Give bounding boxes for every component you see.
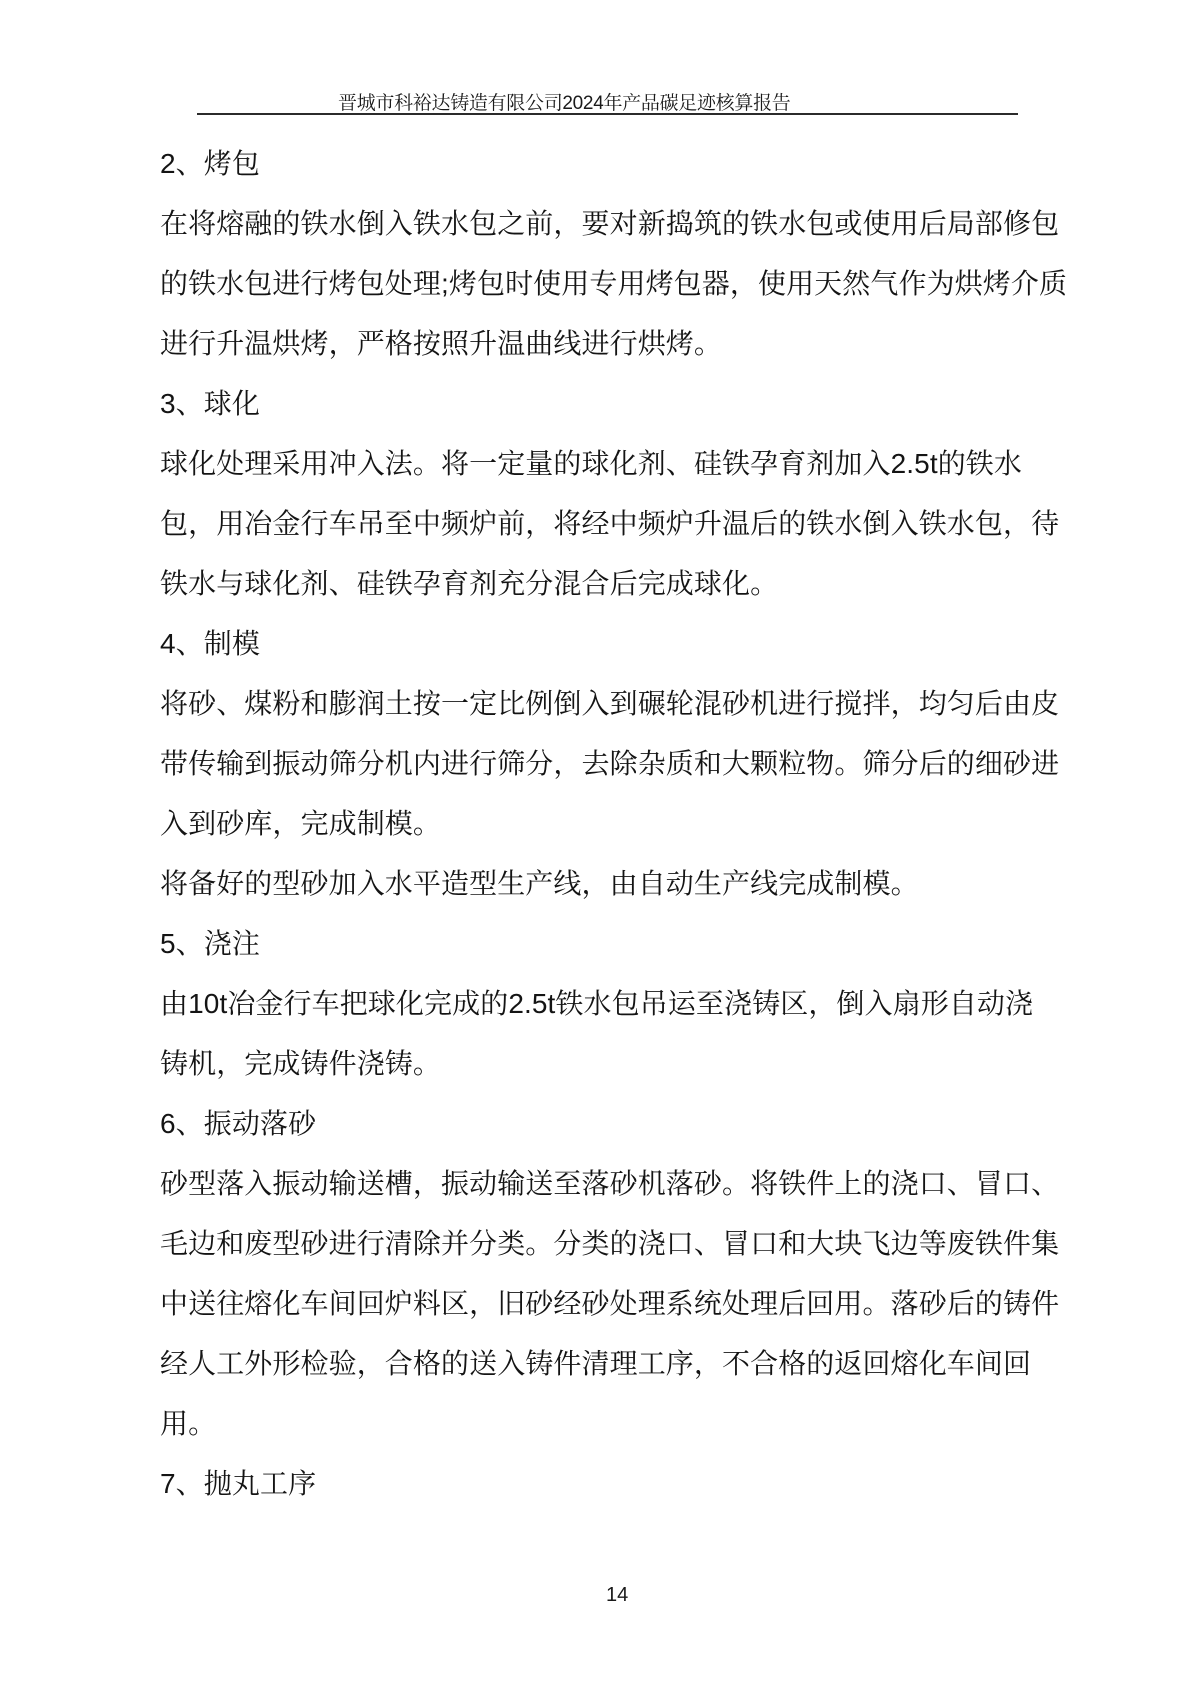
paragraph-line: 包，用冶金行车吊至中频炉前，将经中频炉升温后的铁水倒入铁水包，待	[160, 494, 1070, 554]
paragraph-line: 铁水与球化剂、硅铁孕育剂充分混合后完成球化。	[160, 554, 1070, 614]
section-heading: 2、烤包	[160, 134, 1070, 194]
paragraph-line: 毛边和废型砂进行清除并分类。分类的浇口、冒口和大块飞边等废铁件集	[160, 1214, 1070, 1274]
section-heading: 4、制模	[160, 614, 1070, 674]
paragraph-line: 进行升温烘烤，严格按照升温曲线进行烘烤。	[160, 314, 1070, 374]
paragraph-line: 铸机，完成铸件浇铸。	[160, 1034, 1070, 1094]
section-heading: 6、振动落砂	[160, 1094, 1070, 1154]
document-page: 晋城市科裕达铸造有限公司2024年产品碳足迹核算报告 2、烤包 在将熔融的铁水倒…	[0, 0, 1190, 1683]
header-rule	[197, 113, 1018, 115]
document-body: 2、烤包 在将熔融的铁水倒入铁水包之前，要对新捣筑的铁水包或使用后局部修包 的铁…	[160, 134, 1070, 1514]
paragraph-line: 经人工外形检验，合格的送入铸件清理工序，不合格的返回熔化车间回	[160, 1334, 1070, 1394]
paragraph-line: 中送往熔化车间回炉料区，旧砂经砂处理系统处理后回用。落砂后的铸件	[160, 1274, 1070, 1334]
paragraph-line: 将备好的型砂加入水平造型生产线，由自动生产线完成制模。	[160, 854, 1070, 914]
paragraph-line: 入到砂库，完成制模。	[160, 794, 1070, 854]
page-number: 14	[606, 1584, 628, 1607]
section-heading: 5、浇注	[160, 914, 1070, 974]
paragraph-line: 球化处理采用冲入法。将一定量的球化剂、硅铁孕育剂加入2.5t的铁水	[160, 434, 1070, 494]
paragraph-line: 带传输到振动筛分机内进行筛分，去除杂质和大颗粒物。筛分后的细砂进	[160, 734, 1070, 794]
paragraph-line: 在将熔融的铁水倒入铁水包之前，要对新捣筑的铁水包或使用后局部修包	[160, 194, 1070, 254]
paragraph-line: 用。	[160, 1394, 1070, 1454]
paragraph-line: 将砂、煤粉和膨润土按一定比例倒入到碾轮混砂机进行搅拌，均匀后由皮	[160, 674, 1070, 734]
section-heading: 3、球化	[160, 374, 1070, 434]
paragraph-line: 的铁水包进行烤包处理;烤包时使用专用烤包器，使用天然气作为烘烤介质	[160, 254, 1070, 314]
paragraph-line: 砂型落入振动输送槽，振动输送至落砂机落砂。将铁件上的浇口、冒口、	[160, 1154, 1070, 1214]
paragraph-line: 由10t冶金行车把球化完成的2.5t铁水包吊运至浇铸区，倒入扇形自动浇	[160, 974, 1070, 1034]
page-header-title: 晋城市科裕达铸造有限公司2024年产品碳足迹核算报告	[338, 88, 790, 115]
section-heading: 7、抛丸工序	[160, 1454, 1070, 1514]
